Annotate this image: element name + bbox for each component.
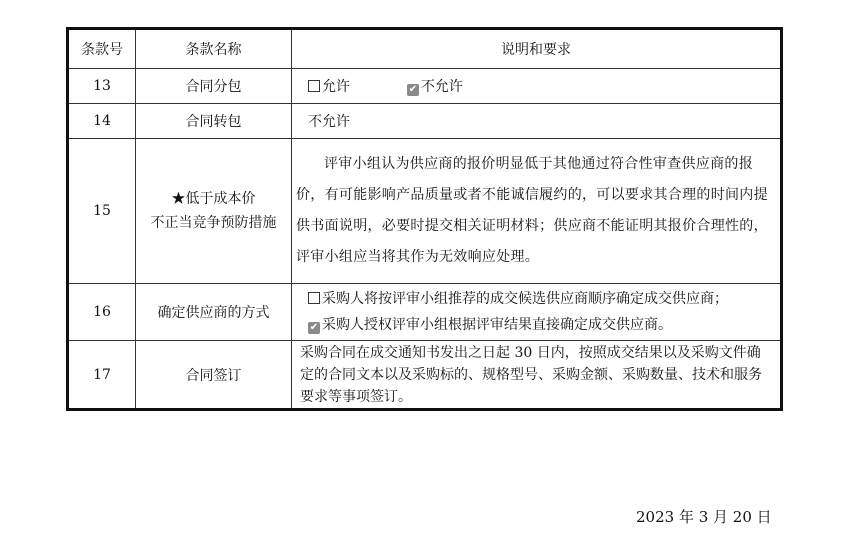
clause-no: 17 [68,341,136,410]
unchecked-checkbox-icon[interactable] [308,292,320,304]
document-date: 2023 年 3 月 20 日 [636,506,772,527]
clause-name: 合同转包 [136,104,292,139]
option-label: 不允许 [421,79,463,95]
header-clause-name: 条款名称 [136,29,292,69]
table-row: 17 合同签订 采购合同在成交通知书发出之日起 30 日内，按照成交结果以及采购… [68,341,782,410]
option-label: 采购人将按评审小组推荐的成交候选供应商顺序确定成交供应商； [322,291,728,307]
option-direct-selection[interactable]: ✔采购人授权评审小组根据评审结果直接确定成交供应商。 [308,312,780,338]
clause-name: ★低于成本价 不正当竞争预防措施 [136,139,292,284]
clause-description: 不允许 [292,104,782,139]
clause-name-line1: ★低于成本价 [136,187,291,211]
clause-no: 13 [68,69,136,104]
table-row: 15 ★低于成本价 不正当竞争预防措施 评审小组认为供应商的报价明显低于其他通过… [68,139,782,284]
option-disallow[interactable]: ✔不允许 [407,79,463,95]
clause-no: 16 [68,284,136,341]
clause-name: 确定供应商的方式 [136,284,292,341]
table-row: 14 合同转包 不允许 [68,104,782,139]
header-description: 说明和要求 [292,29,782,69]
option-allow[interactable]: 允许 [308,79,354,95]
clause-description: 允许 ✔不允许 [292,69,782,104]
clause-table: 条款号 条款名称 说明和要求 13 合同分包 允许 ✔不允许 14 合同转包 不… [66,27,783,411]
checked-checkbox-icon[interactable]: ✔ [407,84,419,96]
unchecked-checkbox-icon[interactable] [308,80,320,92]
clause-no: 15 [68,139,136,284]
header-clause-no: 条款号 [68,29,136,69]
clause-name: 合同分包 [136,69,292,104]
clause-description: 评审小组认为供应商的报价明显低于其他通过符合性审查供应商的报价，有可能影响产品质… [292,139,782,284]
clause-no: 14 [68,104,136,139]
table-row: 13 合同分包 允许 ✔不允许 [68,69,782,104]
option-label: 采购人授权评审小组根据评审结果直接确定成交供应商。 [322,317,672,333]
option-ranked-selection[interactable]: 采购人将按评审小组推荐的成交候选供应商顺序确定成交供应商； [308,286,780,312]
clause-description: 采购合同在成交通知书发出之日起 30 日内，按照成交结果以及采购文件确定的合同文… [292,341,782,410]
option-label: 允许 [322,79,350,95]
clause-name-line2: 不正当竞争预防措施 [136,211,291,235]
clause-paragraph: 评审小组认为供应商的报价明显低于其他通过符合性审查供应商的报价，有可能影响产品质… [296,149,776,273]
clause-description: 采购人将按评审小组推荐的成交候选供应商顺序确定成交供应商； ✔采购人授权评审小组… [292,284,782,341]
table-header-row: 条款号 条款名称 说明和要求 [68,29,782,69]
table-row: 16 确定供应商的方式 采购人将按评审小组推荐的成交候选供应商顺序确定成交供应商… [68,284,782,341]
clause-name: 合同签订 [136,341,292,410]
checked-checkbox-icon[interactable]: ✔ [308,322,320,334]
